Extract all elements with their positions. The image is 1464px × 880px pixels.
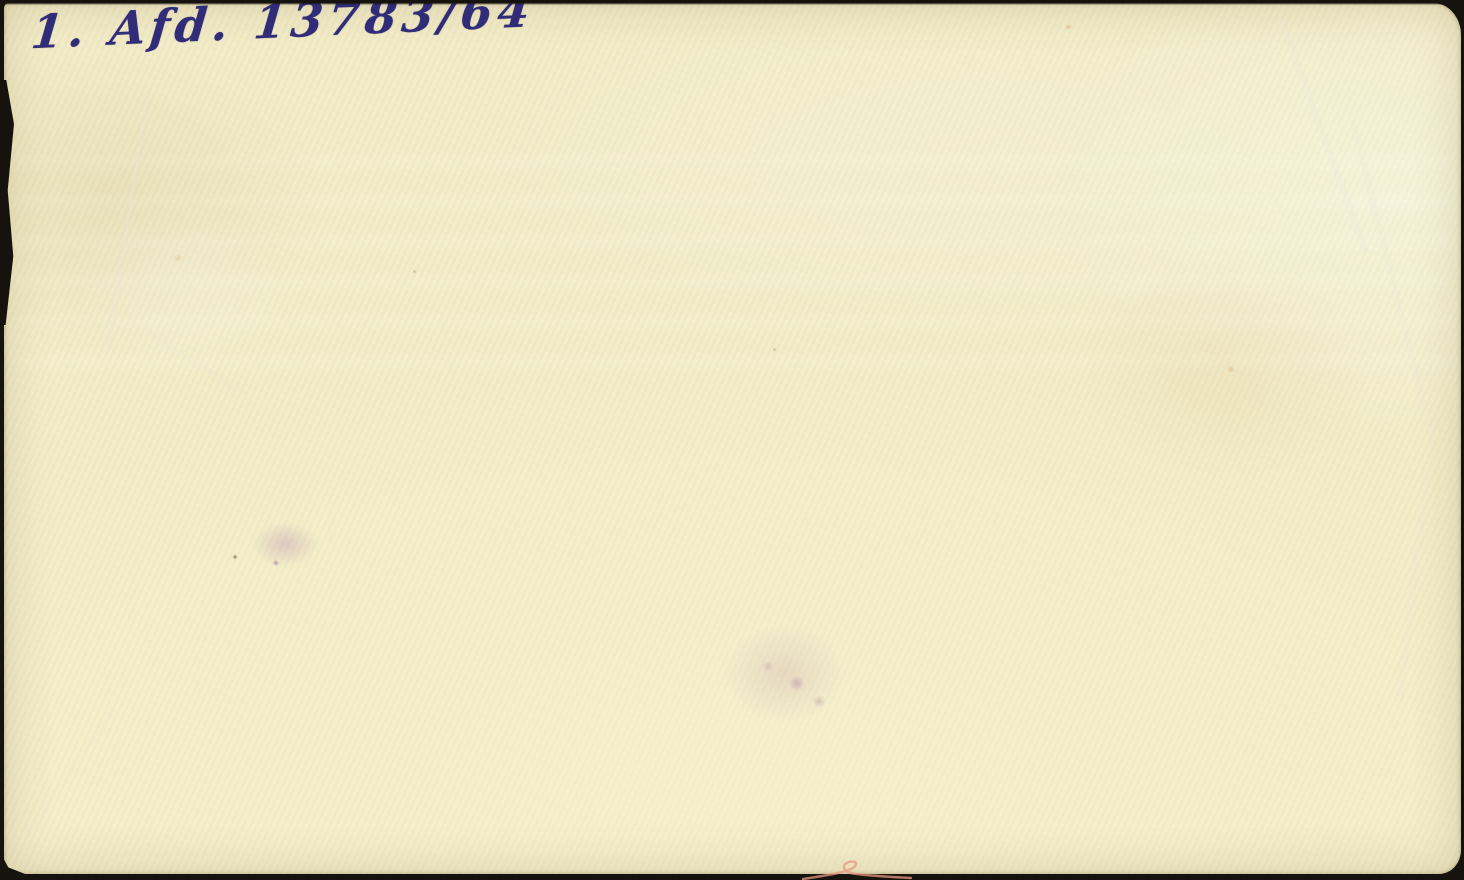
dark-speck xyxy=(232,554,238,560)
paper-freckle xyxy=(172,253,184,263)
paper-crease-top-left-branch xyxy=(144,330,247,396)
scan-background: 1. Afd. 13783/64 xyxy=(0,0,1464,880)
paper-speck xyxy=(772,347,777,352)
paper-crease-top-left xyxy=(106,96,149,351)
paper-freckle xyxy=(1226,365,1236,374)
handwritten-annotation: 1. Afd. 13783/64 xyxy=(29,0,537,59)
show-through-bands xyxy=(14,141,1451,371)
purple-speckle-cluster xyxy=(704,608,864,738)
scanner-edge-top xyxy=(0,0,1464,5)
paper-speck xyxy=(412,269,417,274)
paper-crease-bottom-left xyxy=(17,707,115,850)
red-pencil-squiggle xyxy=(799,855,919,880)
purple-ink-smudge xyxy=(242,515,328,573)
purple-ink-dot xyxy=(272,559,280,567)
card-paper: 1. Afd. 13783/64 xyxy=(4,3,1461,874)
paper-crease-top-right-2 xyxy=(1350,117,1430,428)
paper-crease-right-middle xyxy=(1398,404,1438,702)
paper-freckle xyxy=(1064,23,1073,31)
